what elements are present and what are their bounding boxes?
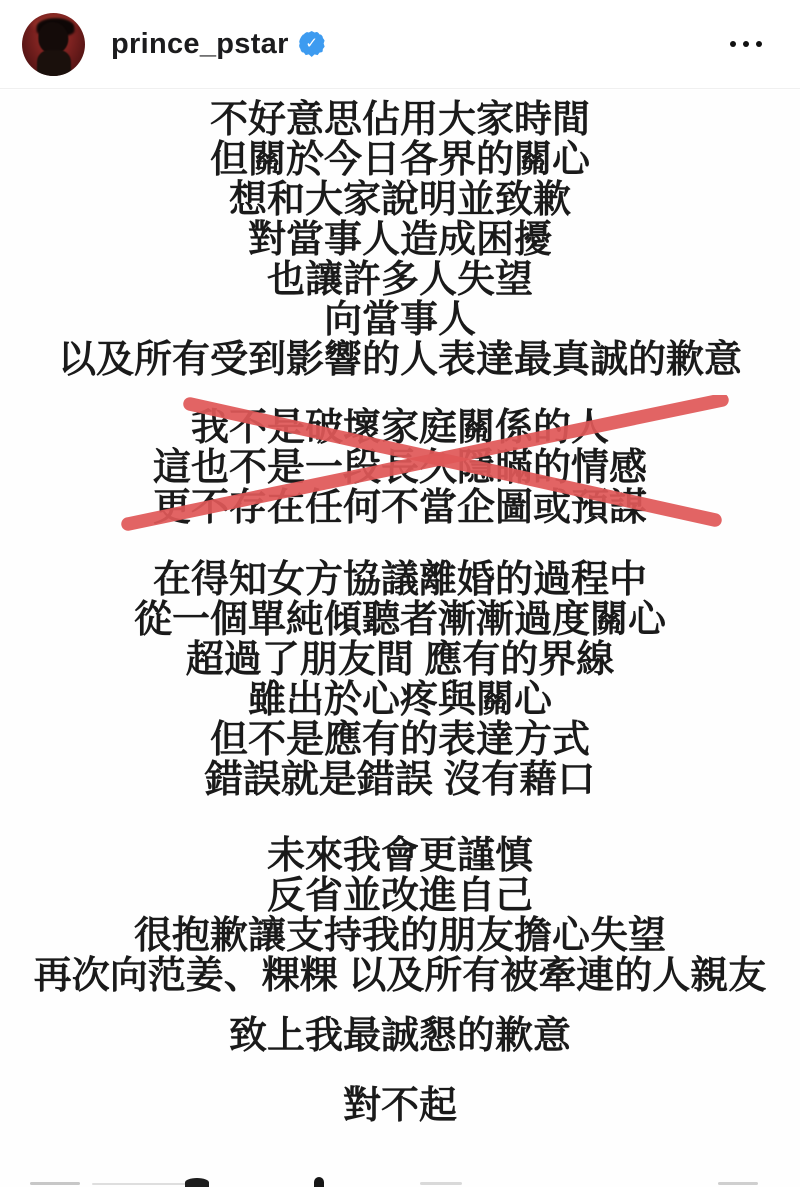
text-line: 這也不是一段長久隱瞞的情感 <box>0 448 800 488</box>
cutoff-mark <box>718 1182 758 1185</box>
text-line: 向當事人 <box>0 300 800 340</box>
cutoff-mark <box>30 1182 80 1185</box>
paragraph: 在得知女方協議離婚的過程中從一個單純傾聽者漸漸過度關心超過了朋友間 應有的界線雖… <box>0 560 800 800</box>
text-line: 致上我最誠懇的歉意 <box>0 1016 800 1056</box>
post-header: prince_pstar ✓ <box>0 0 800 89</box>
text-line: 錯誤就是錯誤 沒有藉口 <box>0 760 800 800</box>
post-image[interactable]: 不好意思佔用大家時間但關於今日各界的關心想和大家說明並致歉對當事人造成困擾也讓許… <box>0 90 800 1187</box>
avatar-silhouette-body <box>37 50 71 76</box>
text-line: 從一個單純傾聽者漸漸過度關心 <box>0 600 800 640</box>
paragraph: 不好意思佔用大家時間但關於今日各界的關心想和大家說明並致歉對當事人造成困擾也讓許… <box>0 100 800 380</box>
paragraph: 未來我會更謹慎反省並改進自己很抱歉讓支持我的朋友擔心失望再次向范姜、粿粿 以及所… <box>0 836 800 996</box>
text-line: 我不是破壞家庭關係的人 <box>0 408 800 448</box>
text-line: 未來我會更謹慎 <box>0 836 800 876</box>
text-line: 但關於今日各界的關心 <box>0 140 800 180</box>
cutoff-mark <box>420 1182 462 1185</box>
username[interactable]: prince_pstar <box>111 28 289 61</box>
more-options-button[interactable] <box>722 33 770 55</box>
post-text: 不好意思佔用大家時間但關於今日各界的關心想和大家說明並致歉對當事人造成困擾也讓許… <box>0 100 800 1126</box>
text-line: 但不是應有的表達方式 <box>0 720 800 760</box>
avatar[interactable] <box>22 13 85 76</box>
text-line: 對不起 <box>0 1086 800 1126</box>
instagram-post-screenshot: prince_pstar ✓ 不好意思佔用大家時間但關於今日各界的關心想和大家說… <box>0 0 800 1187</box>
ellipsis-dot-icon <box>730 41 736 47</box>
cutoff-content-strip <box>0 1171 800 1187</box>
text-line: 很抱歉讓支持我的朋友擔心失望 <box>0 916 800 956</box>
crossed-out-paragraph: 我不是破壞家庭關係的人這也不是一段長久隱瞞的情感更不存在任何不當企圖或預謀 <box>0 408 800 528</box>
text-line: 對當事人造成困擾 <box>0 220 800 260</box>
text-line: 雖出於心疼與關心 <box>0 680 800 720</box>
text-line: 也讓許多人失望 <box>0 260 800 300</box>
text-line: 反省並改進自己 <box>0 876 800 916</box>
paragraph: 對不起 <box>0 1086 800 1126</box>
text-line: 超過了朋友間 應有的界線 <box>0 640 800 680</box>
text-line: 在得知女方協議離婚的過程中 <box>0 560 800 600</box>
text-line: 想和大家說明並致歉 <box>0 180 800 220</box>
text-line: 以及所有受到影響的人表達最真誠的歉意 <box>0 340 800 380</box>
ellipsis-dot-icon <box>743 41 749 47</box>
verified-badge-icon: ✓ <box>299 31 325 57</box>
text-line: 再次向范姜、粿粿 以及所有被牽連的人親友 <box>0 956 800 996</box>
cutoff-mark <box>185 1178 209 1187</box>
text-line: 不好意思佔用大家時間 <box>0 100 800 140</box>
ellipsis-dot-icon <box>756 41 762 47</box>
paragraph: 致上我最誠懇的歉意 <box>0 1016 800 1056</box>
text-line: 更不存在任何不當企圖或預謀 <box>0 488 800 528</box>
cutoff-mark <box>314 1177 324 1187</box>
